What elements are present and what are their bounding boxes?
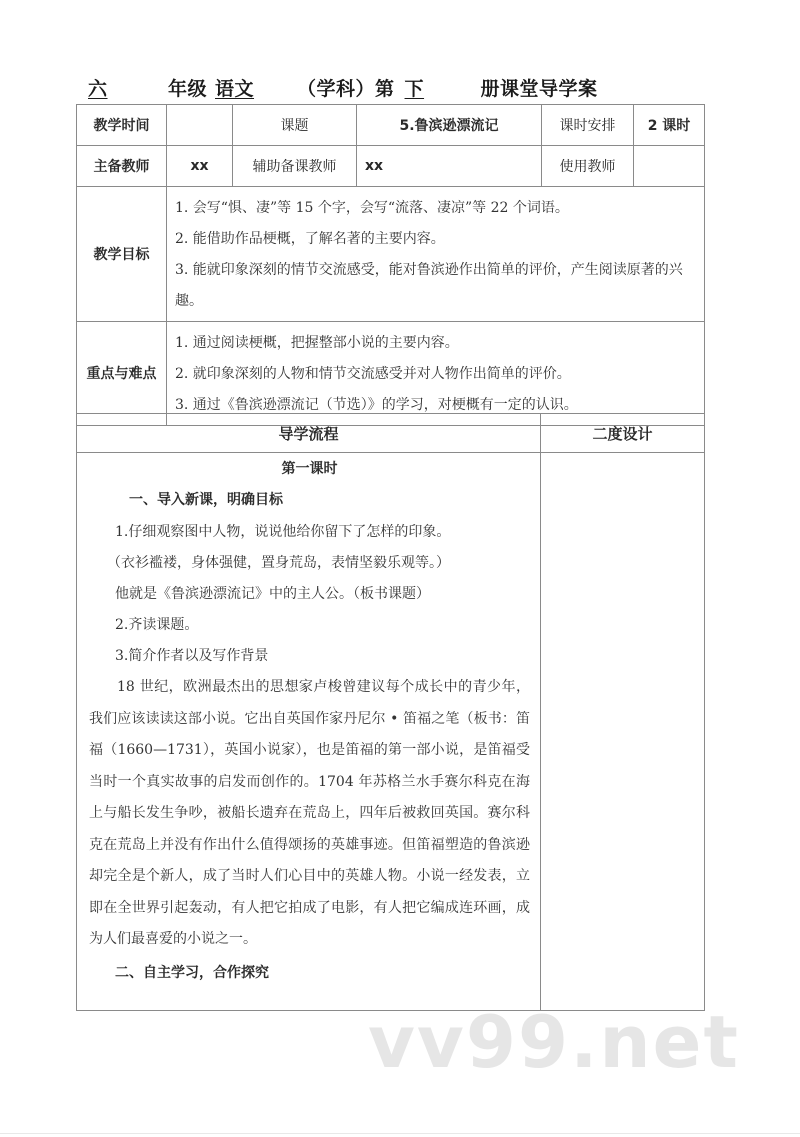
flow-process-content: 第一课时 一、导入新课，明确目标 1.仔细观察图中人物，说说他给你留下了怎样的印… — [77, 453, 541, 1011]
main-teacher-value: xx — [167, 146, 233, 187]
subject-suffix: （学科）第 — [297, 78, 395, 100]
step-1: 1.仔细观察图中人物，说说他给你留下了怎样的印象。 — [89, 517, 530, 548]
page-bottom-divider — [0, 1133, 800, 1134]
schedule-label: 课时安排 — [542, 105, 634, 146]
subject-value: 语文 — [207, 74, 297, 101]
teach-time-value — [167, 105, 233, 146]
watermark-text: vv99.net — [368, 1000, 740, 1084]
objective-item: 1. 会写“惧、凄”等 15 个字，会写“流落、凄凉”等 22 个词语。 — [175, 193, 696, 224]
key-point-item: 1. 通过阅读梗概，把握整部小说的主要内容。 — [175, 328, 696, 359]
flow-header-row: 导学流程 二度设计 — [77, 414, 705, 453]
teach-time-label: 教学时间 — [77, 105, 167, 146]
objective-item: 2. 能借助作品梗概，了解名著的主要内容。 — [175, 224, 696, 255]
objectives-label: 教学目标 — [77, 187, 167, 322]
flow-content-row: 第一课时 一、导入新课，明确目标 1.仔细观察图中人物，说说他给你留下了怎样的印… — [77, 453, 705, 1011]
step-3: 3.简介作者以及写作背景 — [89, 641, 530, 672]
step-2: 2.齐读课题。 — [89, 610, 530, 641]
flow-process-header: 导学流程 — [77, 414, 541, 453]
info-table: 教学时间 课题 5.鲁滨逊漂流记 课时安排 2 课时 主备教师 xx 辅助备课教… — [76, 104, 705, 426]
flow-redesign-header: 二度设计 — [541, 414, 705, 453]
section-heading-1: 一、导入新课，明确目标 — [89, 483, 530, 517]
volume-value: 下 — [395, 74, 481, 101]
schedule-value: 2 课时 — [634, 105, 705, 146]
header-row-2: 主备教师 xx 辅助备课教师 xx 使用教师 — [77, 146, 705, 187]
lesson-title: 第一课时 — [89, 455, 530, 483]
using-teacher-label: 使用教师 — [542, 146, 634, 187]
topic-value: 5.鲁滨逊漂流记 — [357, 105, 542, 146]
using-teacher-value — [634, 146, 705, 187]
flow-redesign-content — [541, 453, 705, 1011]
objectives-row: 教学目标 1. 会写“惧、凄”等 15 个字，会写“流落、凄凉”等 22 个词语… — [77, 187, 705, 322]
objectives-content: 1. 会写“惧、凄”等 15 个字，会写“流落、凄凉”等 22 个词语。 2. … — [167, 187, 705, 322]
objective-item: 3. 能就印象深刻的情节交流感受，能对鲁滨逊作出简单的评价，产生阅读原著的兴趣。 — [175, 255, 696, 317]
step-1-note: 他就是《鲁滨逊漂流记》中的主人公。（板书课题） — [89, 579, 530, 610]
key-points-content: 1. 通过阅读梗概，把握整部小说的主要内容。 2. 就印象深刻的人物和情节交流感… — [167, 322, 705, 426]
assist-teacher-label: 辅助备课教师 — [233, 146, 357, 187]
header-row-1: 教学时间 课题 5.鲁滨逊漂流记 课时安排 2 课时 — [77, 105, 705, 146]
key-points-label: 重点与难点 — [77, 322, 167, 426]
topic-label: 课题 — [233, 105, 357, 146]
section-heading-2: 二、自主学习，合作探究 — [89, 956, 530, 990]
document-title: 六年级语文（学科）第下册课堂导学案 — [84, 74, 598, 101]
flow-table: 导学流程 二度设计 第一课时 一、导入新课，明确目标 1.仔细观察图中人物，说说… — [76, 413, 705, 1011]
key-point-item: 2. 就印象深刻的人物和情节交流感受并对人物作出简单的评价。 — [175, 359, 696, 390]
background-paragraph: 18 世纪，欧洲最杰出的思想家卢梭曾建议每个成长中的青少年，我们应该读读这部小说… — [89, 672, 530, 956]
grade-value: 六 — [84, 74, 168, 101]
step-1-answer: （衣衫褴褛，身体强健，置身荒岛，表情坚毅乐观等。） — [89, 548, 530, 579]
main-teacher-label: 主备教师 — [77, 146, 167, 187]
key-points-row: 重点与难点 1. 通过阅读梗概，把握整部小说的主要内容。 2. 就印象深刻的人物… — [77, 322, 705, 426]
assist-teacher-value: xx — [357, 146, 542, 187]
volume-suffix: 册课堂导学案 — [481, 78, 598, 100]
grade-suffix: 年级 — [168, 78, 207, 100]
